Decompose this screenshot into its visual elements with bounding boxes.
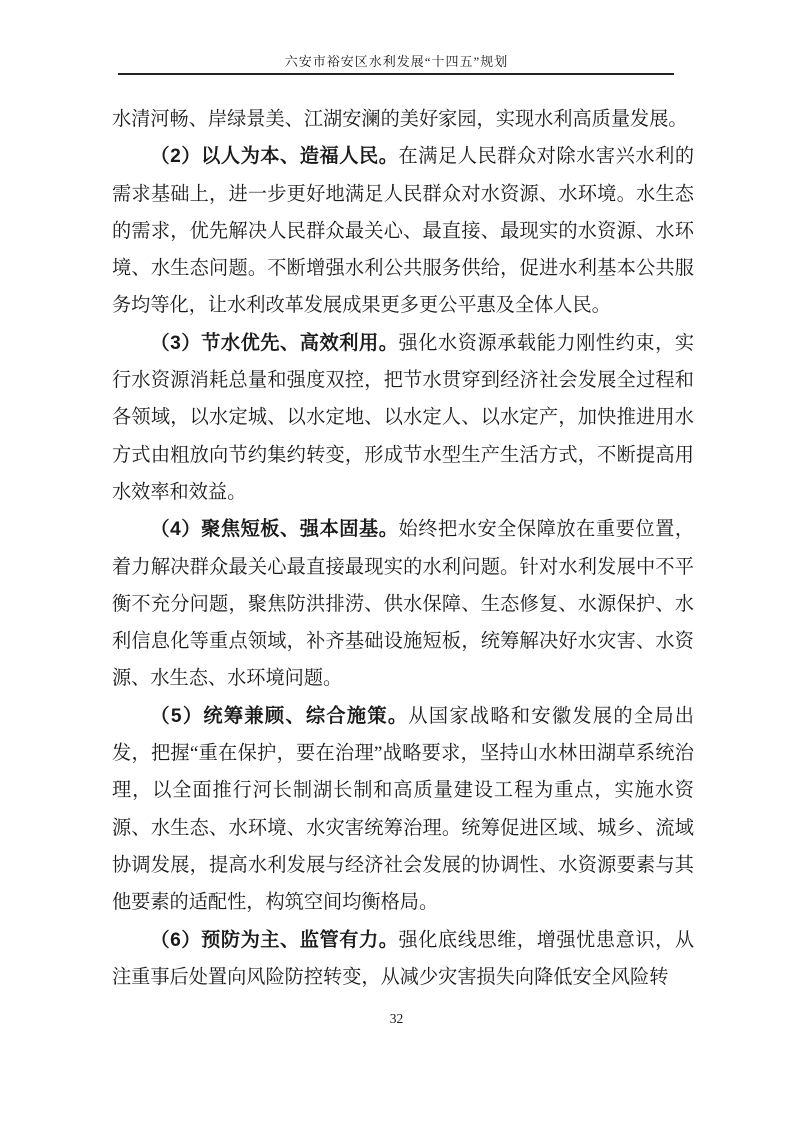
paragraph-lead: （5）统筹兼顾、综合施策。: [150, 706, 408, 727]
paragraph-continuation: 水清河畅、岸绿景美、江湖安澜的美好家园，实现水利高质量发展。: [112, 101, 694, 138]
paragraph-3: （3）节水优先、高效利用。强化水资源承载能力刚性约束，实行水资源消耗总量和强度双…: [112, 325, 694, 511]
document-body: 水清河畅、岸绿景美、江湖安澜的美好家园，实现水利高质量发展。 （2）以人为本、造…: [112, 101, 694, 996]
page-number: 32: [390, 1011, 404, 1026]
paragraph-text: 从国家战略和安徽发展的全局出发，把握“重在保护，要在治理”战略要求，坚持山水林田…: [112, 706, 694, 913]
paragraph-4: （4）聚焦短板、强本固基。始终把水安全保障放在重要位置，着力解决群众最关心最直接…: [112, 511, 694, 697]
document-page: 六安市裕安区水利发展“十四五”规划 水清河畅、岸绿景美、江湖安澜的美好家园，实现…: [0, 0, 793, 1122]
paragraph-lead: （4）聚焦短板、强本固基。: [150, 519, 398, 540]
page-footer: 32: [0, 1011, 793, 1027]
paragraph-text: 水清河畅、岸绿景美、江湖安澜的美好家园，实现水利高质量发展。: [112, 109, 688, 130]
paragraph-lead: （2）以人为本、造福人民。: [150, 146, 398, 167]
paragraph-text: 强化水资源承载能力刚性约束，实行水资源消耗总量和强度双控，把节水贯穿到经济社会发…: [112, 333, 694, 503]
page-header-title: 六安市裕安区水利发展“十四五”规划: [0, 51, 793, 70]
paragraph-text: 始终把水安全保障放在重要位置，着力解决群众最关心最直接最现实的水利问题。针对水利…: [112, 519, 694, 689]
paragraph-2: （2）以人为本、造福人民。在满足人民群众对除水害兴水利的需求基础上，进一步更好地…: [112, 138, 694, 324]
header-divider: [118, 73, 674, 75]
paragraph-lead: （3）节水优先、高效利用。: [150, 333, 398, 354]
paragraph-5: （5）统筹兼顾、综合施策。从国家战略和安徽发展的全局出发，把握“重在保护，要在治…: [112, 698, 694, 922]
paragraph-lead: （6）预防为主、监管有力。: [150, 930, 398, 951]
paragraph-6: （6）预防为主、监管有力。强化底线思维，增强忧患意识，从注重事后处置向风险防控转…: [112, 922, 694, 997]
paragraph-text: 在满足人民群众对除水害兴水利的需求基础上，进一步更好地满足人民群众对水资源、水环…: [112, 146, 694, 316]
